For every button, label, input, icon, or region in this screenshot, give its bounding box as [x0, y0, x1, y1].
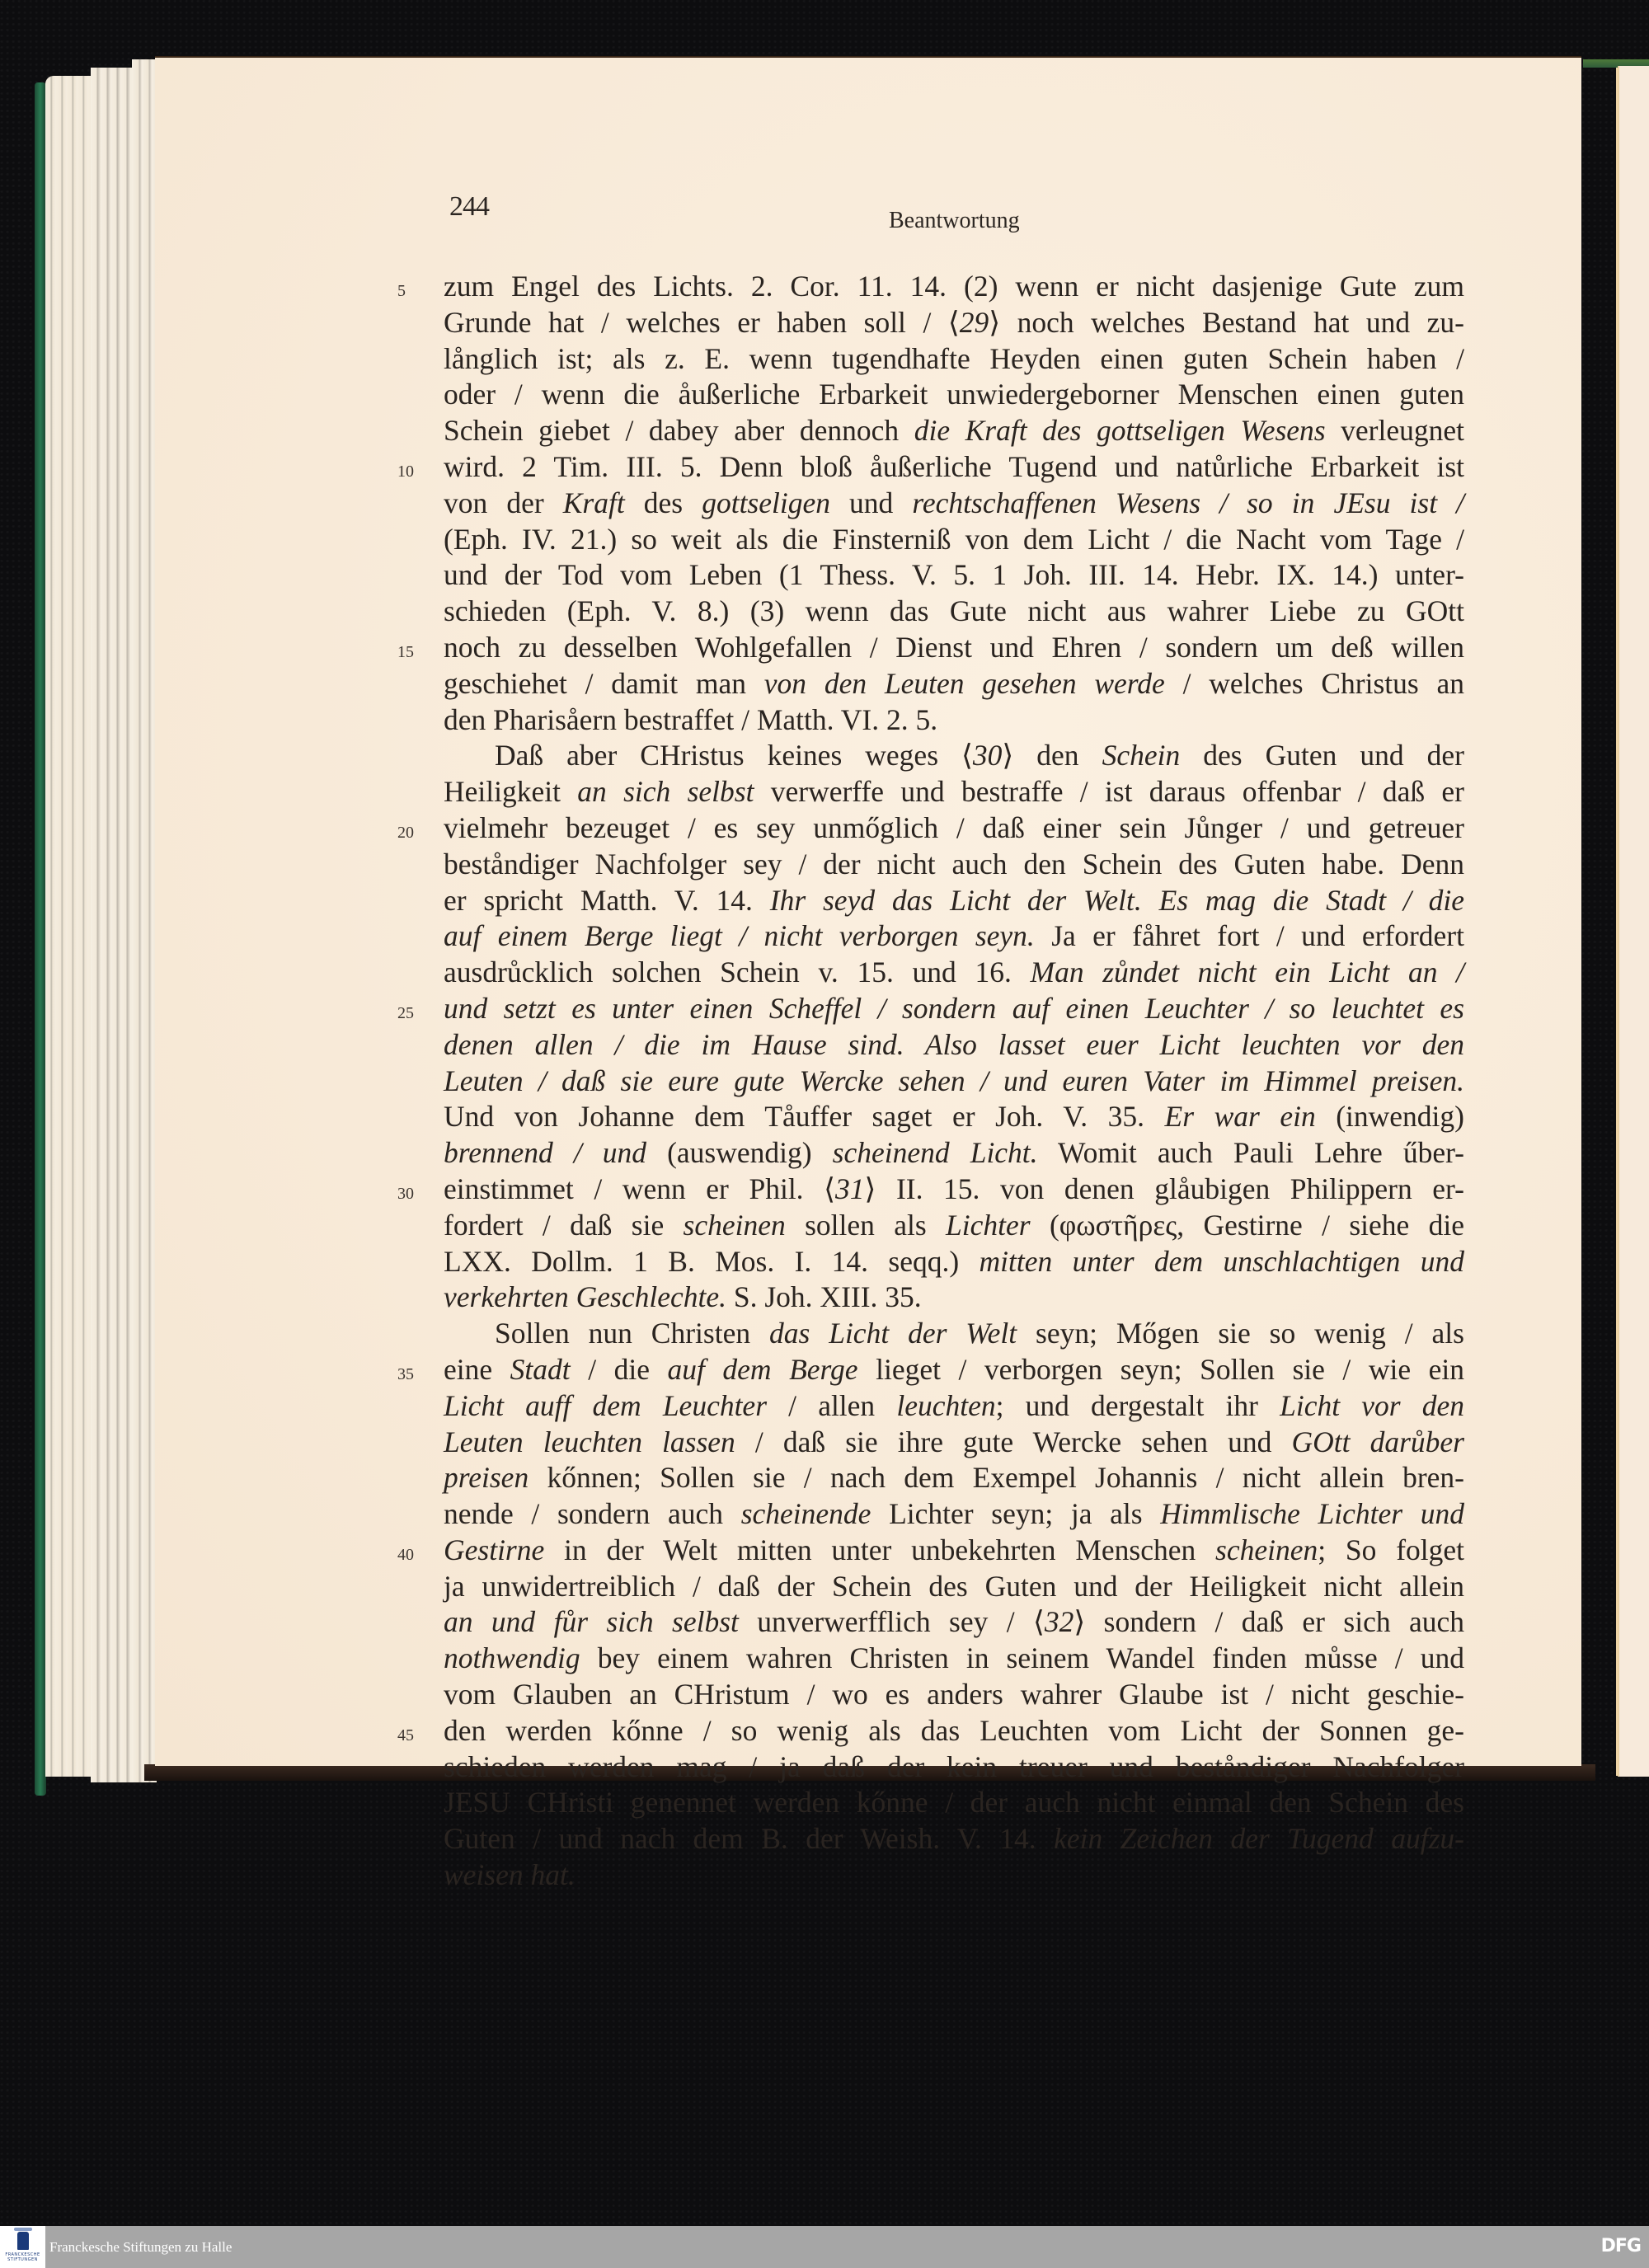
- line-text: oder / wenn die åußerliche Erbarkeit unw…: [444, 378, 1464, 411]
- line-text: einstimmet / wenn er Phil. ⟨31⟩ II. 15. …: [444, 1172, 1464, 1205]
- line-number: 30: [397, 1176, 414, 1213]
- text-line: 10wird. 2 Tim. III. 5. Denn bloß åußerli…: [444, 449, 1464, 486]
- line-text: (Eph. IV. 21.) so weit als die Finsterni…: [444, 523, 1464, 556]
- line-text: eine Stadt / die auf dem Berge lieget / …: [444, 1353, 1464, 1386]
- line-text: långlich ist; als z. E. wenn tugendhafte…: [444, 342, 1464, 375]
- text-line: brennend / und (auswendig) scheinend Lic…: [444, 1135, 1464, 1172]
- text-line: långlich ist; als z. E. wenn tugendhafte…: [444, 341, 1464, 378]
- line-text: vielmehr bezeuget / es sey unmőglich / d…: [444, 811, 1464, 844]
- line-text: Licht auff dem Leuchter / allen leuchten…: [444, 1389, 1464, 1422]
- line-text: Sollen nun Christen das Licht der Welt s…: [495, 1317, 1464, 1350]
- text-line: er spricht Matth. V. 14. Ihr seyd das Li…: [444, 883, 1464, 919]
- line-text: brennend / und (auswendig) scheinend Lic…: [444, 1136, 1464, 1169]
- line-number: 40: [397, 1538, 414, 1574]
- text-line: den Pharisåern bestraffet / Matth. VI. 2…: [444, 702, 1464, 739]
- line-number: 15: [397, 635, 414, 671]
- text-line: (Eph. IV. 21.) so weit als die Finsterni…: [444, 522, 1464, 558]
- dfg-logo[interactable]: DFG: [1601, 2236, 1641, 2256]
- line-number: 10: [397, 454, 414, 491]
- text-line: Guten / und nach dem B. der Weish. V. 14…: [444, 1821, 1464, 1857]
- text-line: 35eine Stadt / die auf dem Berge lieget …: [444, 1352, 1464, 1388]
- line-text: nende / sondern auch scheinende Lichter …: [444, 1497, 1464, 1530]
- line-text: ja unwidertreiblich / daß der Schein des…: [444, 1570, 1464, 1603]
- text-line: preisen kőnnen; Sollen sie / nach dem Ex…: [444, 1460, 1464, 1496]
- page-fore-edge-step: [132, 59, 157, 1782]
- running-head-title: Beantwortung: [889, 208, 1020, 234]
- line-text: Gestirne in der Welt mitten unter unbeke…: [444, 1533, 1464, 1566]
- line-text: auf einem Berge liegt / nicht verborgen …: [444, 919, 1464, 952]
- line-number: 35: [397, 1357, 414, 1393]
- text-line: nothwendig bey einem wahren Christen in …: [444, 1641, 1464, 1677]
- line-text: Leuten / daß sie eure gute Wercke sehen …: [444, 1064, 1464, 1097]
- text-line: beståndiger Nachfolger sey / der nicht a…: [444, 847, 1464, 883]
- institution-logo[interactable]: FRANCKESCHE STIFTUNGEN: [0, 2226, 45, 2268]
- line-text: den Pharisåern bestraffet / Matth. VI. 2…: [444, 703, 937, 736]
- text-line: 15noch zu desselben Wohlgefallen / Diens…: [444, 630, 1464, 666]
- text-line: Heiligkeit an sich selbst verwerffe und …: [444, 774, 1464, 810]
- text-line: vom Glauben an CHristum / wo es anders w…: [444, 1677, 1464, 1713]
- text-line: JESU CHristi genennet werden kőnne / der…: [444, 1785, 1464, 1821]
- text-line: weisen hat.: [444, 1857, 1464, 1894]
- institution-name[interactable]: Franckesche Stiftungen zu Halle: [49, 2239, 232, 2256]
- text-line: Schein giebet / dabey aber dennoch die K…: [444, 413, 1464, 449]
- text-line: denen allen / die im Hause sind. Also la…: [444, 1027, 1464, 1064]
- line-text: weisen hat.: [444, 1858, 576, 1891]
- line-number: 45: [397, 1718, 414, 1754]
- book-cover-spine: [35, 82, 46, 1796]
- text-line: an und fůr sich selbst unverwerfflich se…: [444, 1604, 1464, 1641]
- text-line: Licht auff dem Leuchter / allen leuchten…: [444, 1388, 1464, 1425]
- gutter-line: [1616, 68, 1618, 1776]
- footer-bar: FRANCKESCHE STIFTUNGEN Franckesche Stift…: [0, 2226, 1649, 2268]
- text-line: 25und setzt es unter einen Scheffel / so…: [444, 991, 1464, 1027]
- text-line: oder / wenn die åußerliche Erbarkeit unw…: [444, 377, 1464, 413]
- body-text: 5zum Engel des Lichts. 2. Cor. 11. 14. (…: [444, 269, 1464, 1894]
- francke-figure-icon: [17, 2232, 29, 2250]
- line-text: ausdrůcklich solchen Schein v. 15. und 1…: [444, 956, 1464, 988]
- line-text: fordert / daß sie scheinen sollen als Li…: [444, 1209, 1464, 1242]
- line-text: und setzt es unter einen Scheffel / sond…: [444, 992, 1464, 1025]
- text-line: Sollen nun Christen das Licht der Welt s…: [444, 1316, 1464, 1352]
- text-line: 40Gestirne in der Welt mitten unter unbe…: [444, 1533, 1464, 1569]
- line-text: und der Tod vom Leben (1 Thess. V. 5. 1 …: [444, 558, 1464, 591]
- text-line: 20vielmehr bezeuget / es sey unmőglich /…: [444, 810, 1464, 847]
- text-line: schieden (Eph. V. 8.) (3) wenn das Gute …: [444, 594, 1464, 630]
- text-line: geschiehet / damit man von den Leuten ge…: [444, 666, 1464, 702]
- line-text: verkehrten Geschlechte. S. Joh. XIII. 35…: [444, 1280, 922, 1313]
- text-line: 30einstimmet / wenn er Phil. ⟨31⟩ II. 15…: [444, 1172, 1464, 1208]
- text-line: Grunde hat / welches er haben soll / ⟨29…: [444, 305, 1464, 341]
- line-text: denen allen / die im Hause sind. Also la…: [444, 1028, 1464, 1061]
- line-number: 20: [397, 815, 414, 852]
- line-text: Und von Johanne dem Tåuffer saget er Joh…: [444, 1100, 1464, 1133]
- text-line: nende / sondern auch scheinende Lichter …: [444, 1496, 1464, 1533]
- text-line: LXX. Dollm. 1 B. Mos. I. 14. seqq.) mitt…: [444, 1244, 1464, 1280]
- line-text: den werden kőnne / so wenig als das Leuc…: [444, 1714, 1464, 1747]
- line-text: Daß aber CHristus keines weges ⟨30⟩ den …: [495, 739, 1464, 772]
- line-text: wird. 2 Tim. III. 5. Denn bloß åußerlich…: [444, 450, 1464, 483]
- text-line: Leuten / daß sie eure gute Wercke sehen …: [444, 1064, 1464, 1100]
- text-line: auf einem Berge liegt / nicht verborgen …: [444, 918, 1464, 955]
- text-line: von der Kraft des gottseligen und rechts…: [444, 486, 1464, 522]
- text-line: Daß aber CHristus keines weges ⟨30⟩ den …: [444, 738, 1464, 774]
- line-text: noch zu desselben Wohlgefallen / Dienst …: [444, 631, 1464, 664]
- line-text: Heiligkeit an sich selbst verwerffe und …: [444, 775, 1464, 808]
- line-text: schieden werden mag / ja daß der kein tr…: [444, 1750, 1464, 1783]
- text-line: 45den werden kőnne / so wenig als das Le…: [444, 1713, 1464, 1749]
- line-text: LXX. Dollm. 1 B. Mos. I. 14. seqq.) mitt…: [444, 1245, 1464, 1278]
- text-line: schieden werden mag / ja daß der kein tr…: [444, 1749, 1464, 1786]
- line-text: von der Kraft des gottseligen und rechts…: [444, 486, 1464, 519]
- line-text: an und fůr sich selbst unverwerfflich se…: [444, 1605, 1464, 1638]
- line-text: zum Engel des Lichts. 2. Cor. 11. 14. (2…: [444, 270, 1464, 303]
- text-line: verkehrten Geschlechte. S. Joh. XIII. 35…: [444, 1280, 1464, 1316]
- text-line: fordert / daß sie scheinen sollen als Li…: [444, 1208, 1464, 1244]
- text-line: Und von Johanne dem Tåuffer saget er Joh…: [444, 1099, 1464, 1135]
- text-line: Leuten leuchten lassen / daß sie ihre gu…: [444, 1425, 1464, 1461]
- line-text: Guten / und nach dem B. der Weish. V. 14…: [444, 1822, 1464, 1855]
- text-line: 5zum Engel des Lichts. 2. Cor. 11. 14. (…: [444, 269, 1464, 305]
- line-text: JESU CHristi genennet werden kőnne / der…: [444, 1786, 1464, 1819]
- line-text: Grunde hat / welches er haben soll / ⟨29…: [444, 306, 1464, 339]
- line-text: Schein giebet / dabey aber dennoch die K…: [444, 414, 1464, 447]
- text-line: ja unwidertreiblich / daß der Schein des…: [444, 1569, 1464, 1605]
- line-text: Leuten leuchten lassen / daß sie ihre gu…: [444, 1425, 1464, 1458]
- line-text: geschiehet / damit man von den Leuten ge…: [444, 667, 1464, 700]
- line-text: vom Glauben an CHristum / wo es anders w…: [444, 1678, 1464, 1711]
- line-number: 25: [397, 996, 414, 1032]
- facing-page-edge: [1618, 66, 1649, 1777]
- line-text: beståndiger Nachfolger sey / der nicht a…: [444, 848, 1464, 880]
- line-text: preisen kőnnen; Sollen sie / nach dem Ex…: [444, 1461, 1464, 1494]
- text-line: und der Tod vom Leben (1 Thess. V. 5. 1 …: [444, 557, 1464, 594]
- line-number: 5: [397, 274, 406, 310]
- logo-text-line2: STIFTUNGEN: [7, 2257, 38, 2262]
- page-number: 244: [449, 191, 489, 223]
- line-text: er spricht Matth. V. 14. Ihr seyd das Li…: [444, 884, 1464, 917]
- line-text: nothwendig bey einem wahren Christen in …: [444, 1641, 1464, 1674]
- text-line: ausdrůcklich solchen Schein v. 15. und 1…: [444, 955, 1464, 991]
- line-text: schieden (Eph. V. 8.) (3) wenn das Gute …: [444, 594, 1464, 627]
